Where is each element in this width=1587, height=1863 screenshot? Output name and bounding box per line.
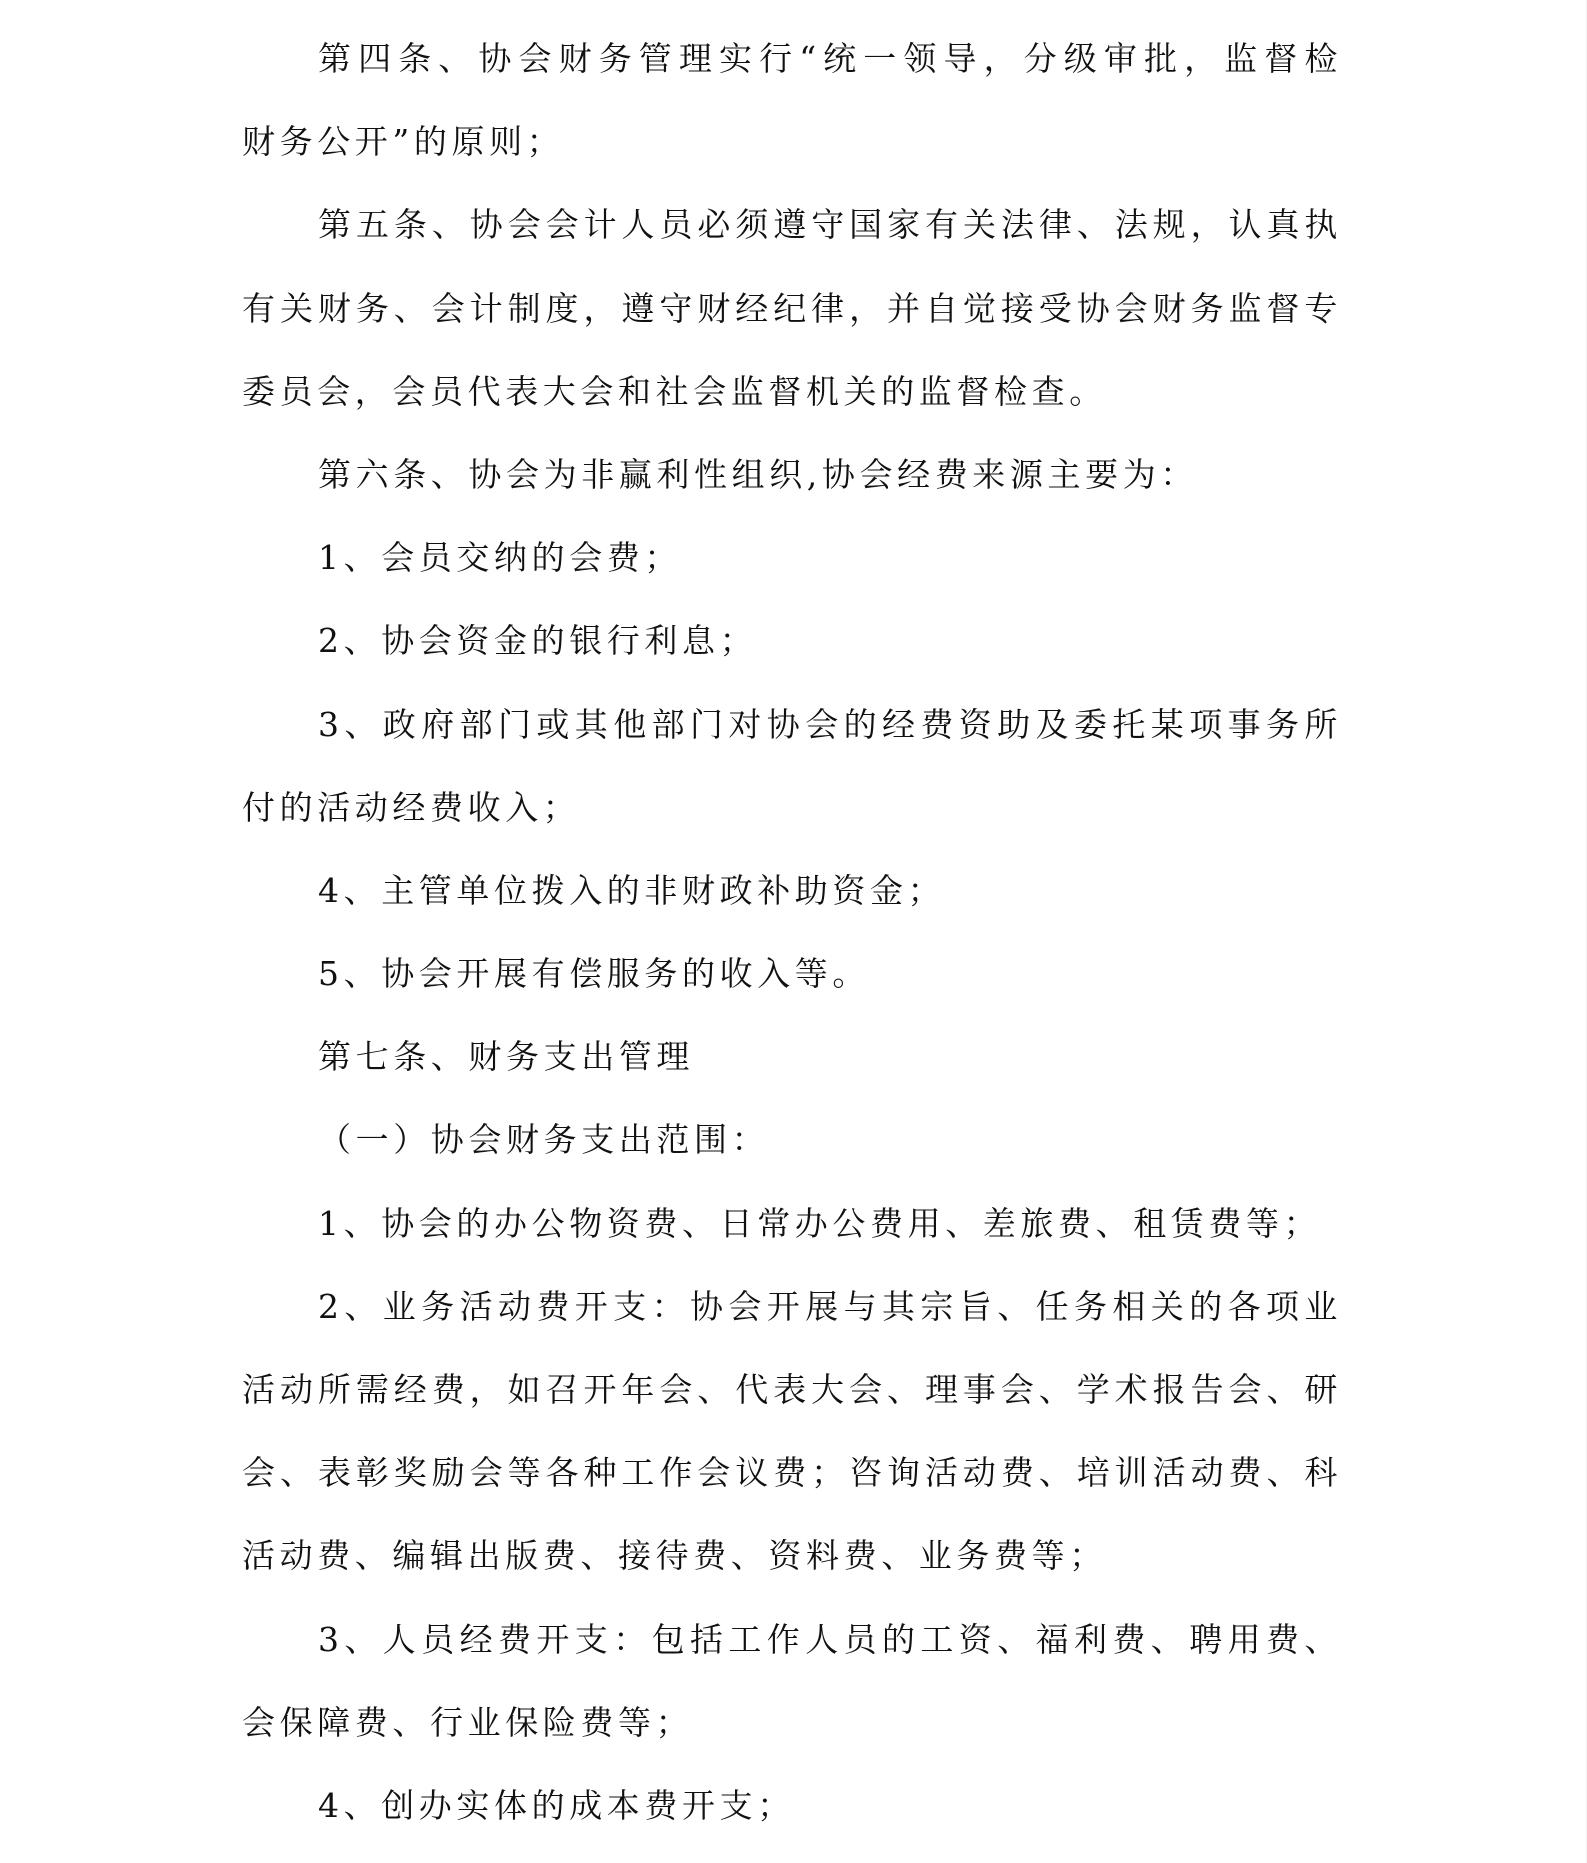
article-7-item-3-line-2: 会保障费、行业保险费等； — [242, 1681, 1342, 1764]
article-7-item-2-line-1: 2、业务活动费开支：协会开展与其宗旨、任务相关的各项业务 — [242, 1265, 1342, 1348]
article-6-item-4: 4、主管单位拨入的非财政补助资金； — [242, 849, 1342, 932]
article-6-item-1: 1、会员交纳的会费； — [242, 516, 1342, 599]
article-4-line-1: 第四条、协会财务管理实行“统一领导，分级审批，监督检查， — [242, 17, 1342, 100]
article-7-section-1-heading: （一）协会财务支出范围： — [242, 1098, 1342, 1181]
document-body: 第四条、协会财务管理实行“统一领导，分级审批，监督检查， 财务公开”的原则； 第… — [242, 17, 1342, 1847]
article-7-item-4: 4、创办实体的成本费开支； — [242, 1764, 1342, 1847]
article-6-line-1: 第六条、协会为非赢利性组织,协会经费来源主要为： — [242, 433, 1342, 516]
article-7-item-1: 1、协会的办公物资费、日常办公费用、差旅费、租赁费等； — [242, 1182, 1342, 1265]
article-7-item-3-line-1: 3、人员经费开支：包括工作人员的工资、福利费、聘用费、社 — [242, 1598, 1342, 1681]
document-page: 第四条、协会财务管理实行“统一领导，分级审批，监督检查， 财务公开”的原则； 第… — [0, 0, 1587, 1863]
article-7-item-2-line-2: 活动所需经费，如召开年会、代表大会、理事会、学术报告会、研讨 — [242, 1348, 1342, 1431]
article-5-line-2: 有关财务、会计制度，遵守财经纪律，并自觉接受协会财务监督专门 — [242, 267, 1342, 350]
article-6-item-3-line-2: 付的活动经费收入； — [242, 766, 1342, 849]
article-5-line-1: 第五条、协会会计人员必须遵守国家有关法律、法规，认真执行 — [242, 183, 1342, 266]
article-7-heading: 第七条、财务支出管理 — [242, 1015, 1342, 1098]
article-6-item-2: 2、协会资金的银行利息； — [242, 599, 1342, 682]
article-6-item-3-line-1: 3、政府部门或其他部门对协会的经费资助及委托某项事务所拨 — [242, 683, 1342, 766]
article-6-item-5: 5、协会开展有偿服务的收入等。 — [242, 932, 1342, 1015]
article-4-line-2: 财务公开”的原则； — [242, 100, 1342, 183]
article-7-item-2-line-3: 会、表彰奖励会等各种工作会议费；咨询活动费、培训活动费、科技 — [242, 1431, 1342, 1514]
article-7-item-2-line-4: 活动费、编辑出版费、接待费、资料费、业务费等； — [242, 1514, 1342, 1597]
article-5-line-3: 委员会，会员代表大会和社会监督机关的监督检查。 — [242, 350, 1342, 433]
